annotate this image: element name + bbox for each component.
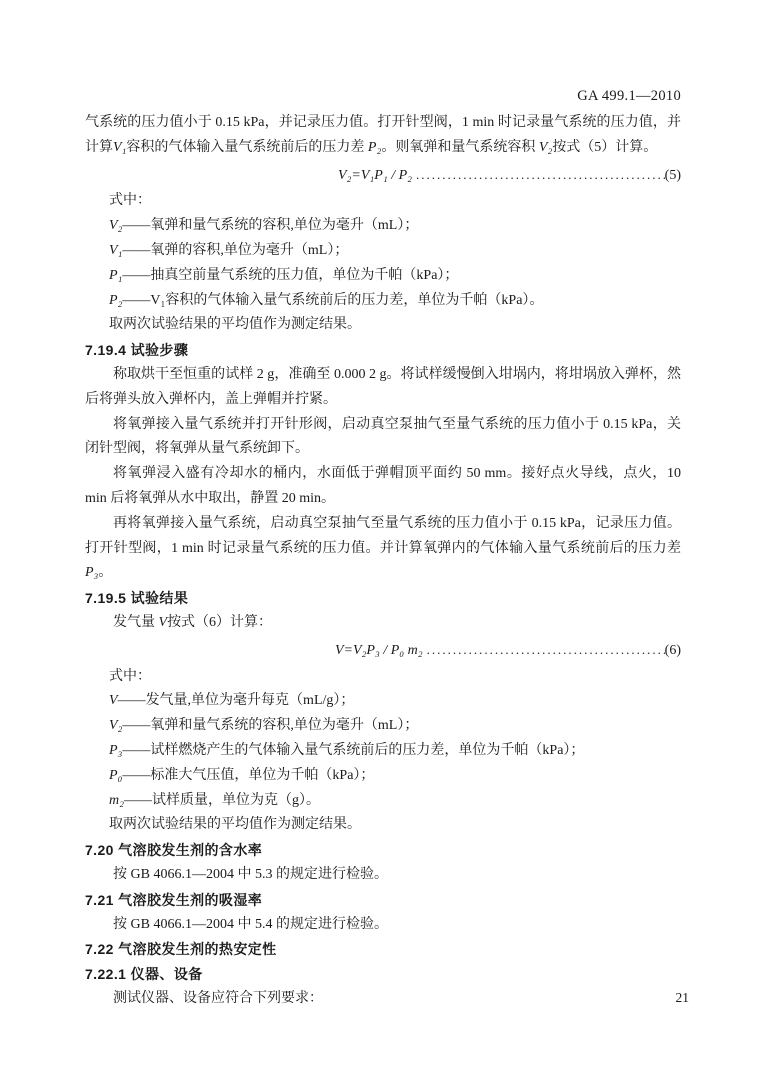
- definition-text: ——标准大气压值，单位为千帕（kPa）；: [122, 768, 374, 783]
- text-run: 。则氧弹和量气系统容积: [381, 140, 539, 155]
- formula-5-expression: V₂=V₁P₁ / P₂: [338, 164, 412, 189]
- para-gas-volume-intro: 发气量 V按式（6）计算：: [85, 611, 681, 636]
- variable-p3: P₃: [85, 565, 98, 580]
- para-weigh-sample: 称取烘干至恒重的试样 2 g，准确至 0.000 2 g。将试样缓慢倒入坩埚内，…: [85, 363, 681, 413]
- text-run: 。: [98, 565, 112, 580]
- definition-text: ——抽真空前量气系统的压力值，单位为千帕（kPa）；: [122, 268, 458, 283]
- definition-row: P₁——抽真空前量气系统的压力值，单位为千帕（kPa）；: [85, 264, 681, 289]
- definition-text: ——氧弹的容积,单位为毫升（mL）；: [122, 243, 348, 258]
- formula-5-row: V₂=V₁P₁ / P₂ ...........................…: [85, 163, 681, 189]
- formula-6-expression: V=V₂P₃ / P₀ m₂: [335, 639, 423, 664]
- text-run: 容积的气体输入量气系统前后的压力差: [126, 140, 368, 155]
- avg-result-note-2: 取两次试验结果的平均值作为测定结果。: [85, 813, 681, 838]
- formula-5-number: (5): [665, 164, 681, 189]
- text-run: 按式（5）计算。: [552, 140, 657, 155]
- definition-text: ——氧弹和量气系统的容积,单位为毫升（mL）；: [122, 218, 418, 233]
- para-gas-system-continued: 气系统的压力值小于 0.15 kPa，并记录压力值。打开针型阀，1 min 时记…: [85, 111, 681, 161]
- definition-row: P₃——试样燃烧产生的气体输入量气系统前后的压力差，单位为千帕（kPa）；: [85, 739, 681, 764]
- definition-row: P₀——标准大气压值，单位为千帕（kPa）；: [85, 764, 681, 789]
- definition-row: m₂——试样质量，单位为克（g）。: [85, 789, 681, 814]
- definition-text: ——试样燃烧产生的气体输入量气系统前后的压力差，单位为千帕（kPa）；: [122, 743, 584, 758]
- variable-term: V₁: [109, 243, 122, 258]
- text-run: 按式（6）计算：: [167, 615, 272, 630]
- variable-term: P₂: [109, 293, 122, 308]
- avg-result-note-1: 取两次试验结果的平均值作为测定结果。: [85, 313, 681, 338]
- para-7-20-method: 按 GB 4066.1—2004 中 5.3 的规定进行检验。: [85, 863, 681, 888]
- variable-term: V₂: [109, 218, 122, 233]
- page-number: 21: [85, 990, 689, 1006]
- heading-7-19-4: 7.19.4 试验步骤: [85, 338, 681, 363]
- variable-v2: V₂: [539, 140, 552, 155]
- definition-row: V——发气量,单位为毫升每克（mL/g）；: [85, 689, 681, 714]
- where-label-1: 式中：: [85, 189, 681, 214]
- variable-term: P₀: [109, 768, 122, 783]
- definition-row: V₂——氧弹和量气系统的容积,单位为毫升（mL）；: [85, 214, 681, 239]
- definition-text: ——发气量,单位为毫升每克（mL/g）；: [118, 693, 355, 708]
- variable-p2: P₂: [368, 140, 381, 155]
- text-run: 再将氧弹接入量气系统，启动真空泵抽气至量气系统的压力值小于 0.15 kPa，记…: [85, 516, 681, 556]
- formula-6-dot-leader: ........................................…: [423, 638, 665, 663]
- variable-v1: V₁: [113, 140, 126, 155]
- formula-5-dot-leader: ........................................…: [412, 163, 665, 188]
- definition-row: V₁——氧弹的容积,单位为毫升（mL）；: [85, 239, 681, 264]
- definition-row: P₂——V₁容积的气体输入量气系统前后的压力差，单位为千帕（kPa）。: [85, 289, 681, 314]
- variable-term: P₁: [109, 268, 122, 283]
- formula-6-row: V=V₂P₃ / P₀ m₂ .........................…: [85, 638, 681, 664]
- para-7-21-method: 按 GB 4066.1—2004 中 5.4 的规定进行检验。: [85, 913, 681, 938]
- variable-term: m₂: [109, 793, 124, 808]
- para-immerse-bomb: 将氧弹浸入盛有冷却水的桶内，水面低于弹帽顶平面约 50 mm。接好点火导线，点火…: [85, 462, 681, 512]
- heading-7-19-5: 7.19.5 试验结果: [85, 586, 681, 611]
- heading-7-22-1: 7.22.1 仪器、设备: [85, 962, 681, 987]
- doc-header-standard-number: GA 499.1—2010: [85, 88, 681, 105]
- heading-7-22: 7.22 气溶胶发生剂的热安定性: [85, 937, 681, 962]
- text-run: 发气量: [113, 615, 159, 630]
- main-content: 气系统的压力值小于 0.15 kPa，并记录压力值。打开针型阀，1 min 时记…: [85, 111, 681, 1012]
- definition-text: ——试样质量，单位为克（g）。: [124, 793, 320, 808]
- variable-term: P₃: [109, 743, 122, 758]
- variable-term: V: [109, 693, 118, 708]
- para-connect-bomb: 将氧弹接入量气系统并打开针形阀，启动真空泵抽气至量气系统的压力值小于 0.15 …: [85, 413, 681, 463]
- heading-7-20: 7.20 气溶胶发生剂的含水率: [85, 838, 681, 863]
- definition-row: V₂——氧弹和量气系统的容积,单位为毫升（mL）；: [85, 714, 681, 739]
- definition-text: ——V₁容积的气体输入量气系统前后的压力差，单位为千帕（kPa）。: [122, 293, 543, 308]
- where-label-2: 式中：: [85, 665, 681, 690]
- formula-6-number: (6): [665, 639, 681, 664]
- heading-7-21: 7.21 气溶胶发生剂的吸湿率: [85, 888, 681, 913]
- para-reconnect-bomb: 再将氧弹接入量气系统，启动真空泵抽气至量气系统的压力值小于 0.15 kPa，记…: [85, 512, 681, 586]
- variable-v: V: [159, 615, 168, 630]
- definition-text: ——氧弹和量气系统的容积,单位为毫升（mL）；: [122, 718, 418, 733]
- variable-term: V₂: [109, 718, 122, 733]
- document-page: GA 499.1—2010 气系统的压力值小于 0.15 kPa，并记录压力值。…: [0, 0, 759, 1073]
